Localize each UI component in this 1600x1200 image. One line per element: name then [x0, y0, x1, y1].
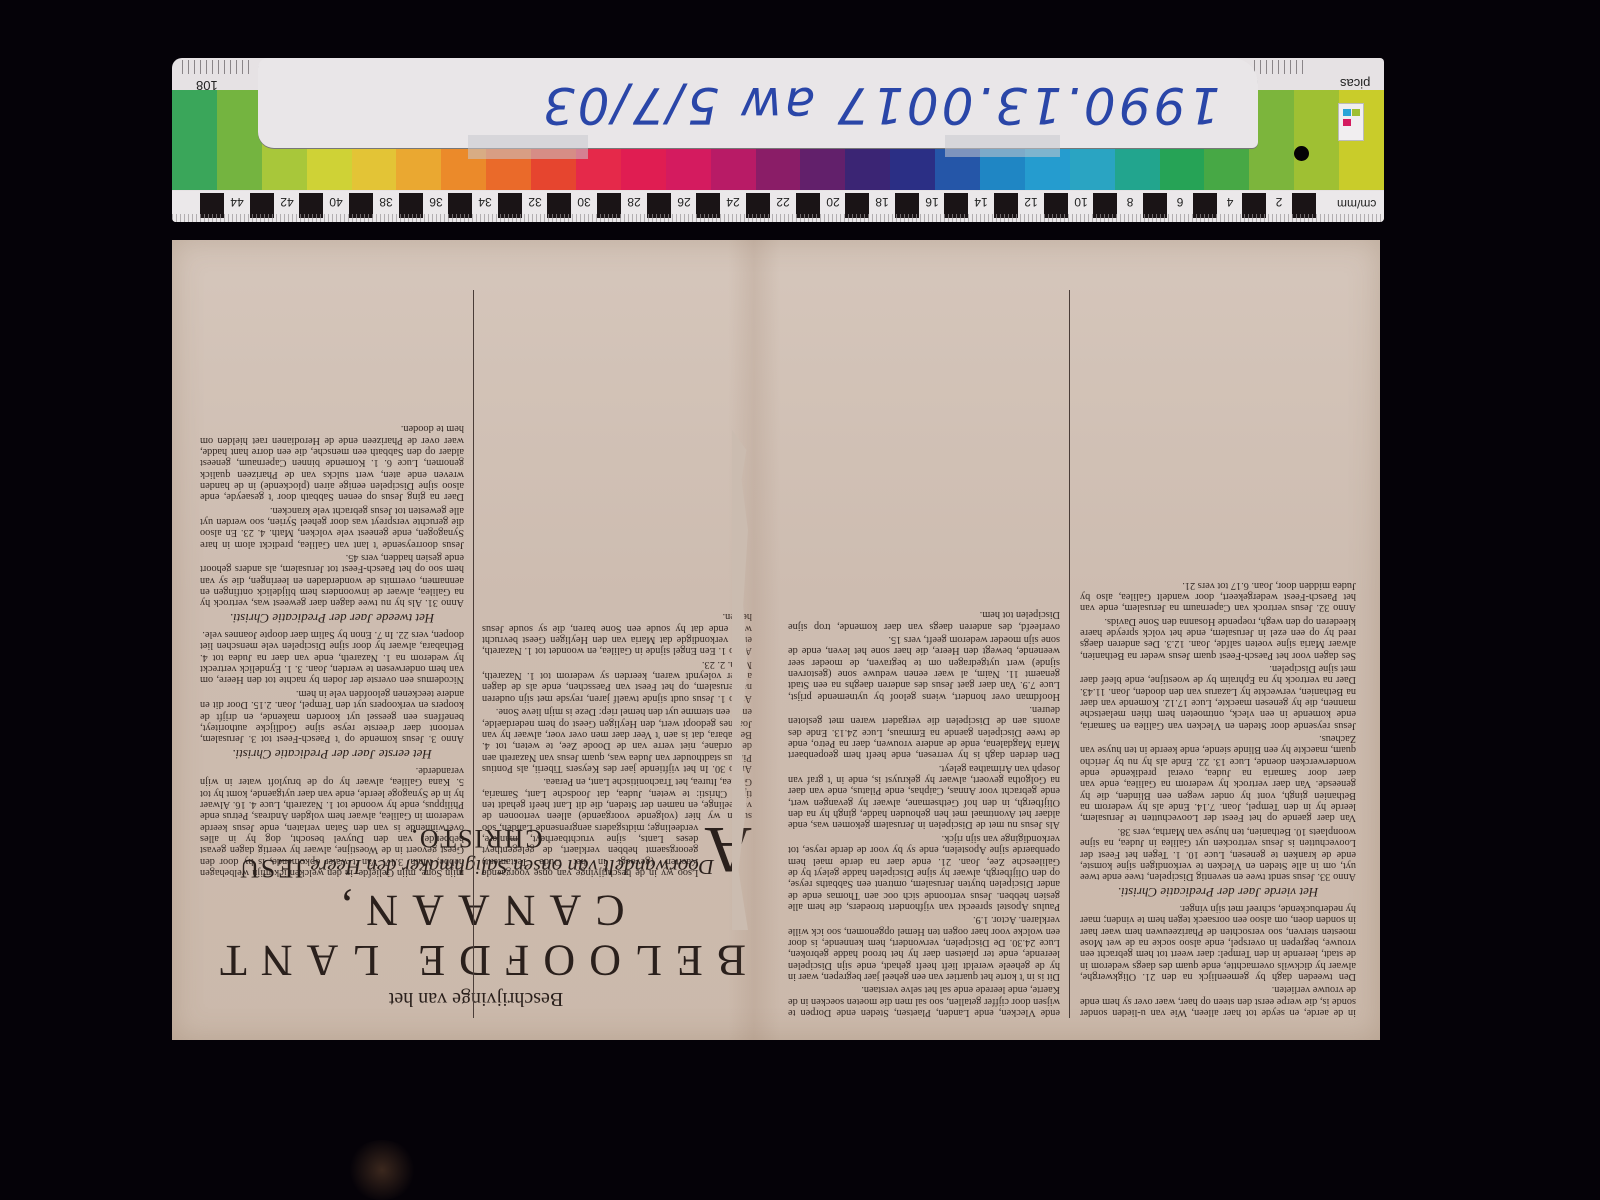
mm-ticks	[172, 214, 1384, 222]
paragraph: Hoofdman over hondert, wiens geloof by u…	[788, 634, 1060, 702]
color-target-logo-icon	[1338, 103, 1364, 141]
section-lead: Anno 31. Als hy nu twee dagen daer gewee…	[200, 552, 464, 609]
tick-marks	[182, 60, 252, 74]
paragraph: Anno 1. Een Engel sijnde in Galilea, en …	[482, 611, 752, 656]
color-patch	[217, 90, 262, 190]
cm-mark-label: 2	[1270, 195, 1288, 209]
paragraph: Den derden dagh is hy verresen, ende hee…	[788, 704, 1060, 761]
title-main: BELOOFDE LANT CANAAN,	[200, 885, 752, 985]
paragraph: Den tweeden dagh by gemeenlijck na den 2…	[1080, 903, 1356, 982]
paragraph: Jesus reysende door Steden en Vlecken va…	[1080, 663, 1356, 731]
paragraph: Anno 32. Jesus vertrock van Capernaum na…	[1080, 579, 1356, 613]
page-left: in de aerde, en seyde tot haer alleen, W…	[780, 266, 1356, 1018]
cm-mark-label: 12	[1022, 195, 1040, 209]
color-patch	[172, 90, 217, 190]
cm-mark-label: 28	[625, 195, 643, 209]
accession-number: 1990.13.0017 aw 5/7/03	[530, 70, 1230, 140]
tick-marks	[1254, 60, 1304, 74]
paragraph: Paulus Apostel spreeckt van vijfhondert …	[788, 833, 1060, 912]
cm-mark-label: 26	[675, 195, 693, 209]
paragraph: in de aerde, en seyde tot haer alleen, W…	[1080, 984, 1356, 1018]
section-heading-eerste-jaer: Het eerste Jaer der Predicatie Christi.	[200, 748, 464, 759]
cm-mark-label: 34	[476, 195, 494, 209]
text-column-1: in de aerde, en seyde tot haer alleen, W…	[1080, 266, 1356, 1018]
text-column-2: ende Vlecken, ende Landen, Plaetsen, Ste…	[788, 266, 1060, 1018]
logo-square	[1343, 109, 1351, 116]
cm-mark-label: 18	[873, 195, 891, 209]
ruler-hole	[1294, 146, 1309, 161]
section-lead: Anno 3. Jesus komende op 't Paesch-Feest…	[200, 688, 464, 745]
paragraph: ende Vlecken, ende Landen, Plaetsen, Ste…	[788, 984, 1060, 1018]
paragraph: Van daer gaende op het Feest der Loovech…	[1080, 733, 1356, 824]
cm-scale: 4442403836343230282624222018161412108642…	[172, 191, 1384, 222]
ruler-label-picas: picas	[1340, 76, 1370, 91]
section-heading-tweede-jaer: Het tweede Jaer der Predicatie Christi.	[200, 612, 464, 623]
paragraph: Jesus doorreysende 't lant van Galilea, …	[200, 504, 464, 549]
paragraph: Anno 30. In het vijftiende jaer des Keys…	[482, 706, 752, 774]
cm-mark-label: 24	[724, 195, 742, 209]
ruler-units-label: cm/mm	[1337, 197, 1376, 211]
paragraph: Nicodemus een overste der Joden by nacht…	[200, 629, 464, 686]
text-column-3: A Lsoo wy in de beschrijvinge van onse v…	[482, 266, 752, 878]
cm-mark-label: 40	[327, 195, 345, 209]
paragraph: Daer na ging Jesus op eenen Sabbath door…	[200, 423, 464, 502]
title-line-1: Beschrijvinge van het	[200, 987, 752, 1010]
logo-square	[1352, 109, 1360, 116]
column-rule	[1069, 290, 1070, 1018]
section-lead: Anno 33. Jesus sendt twee en seventig Di…	[1080, 826, 1356, 883]
cm-mark-label: 42	[278, 195, 296, 209]
text-column-4: mijn Sone, mijn Geliefde, in den welcken…	[200, 266, 464, 878]
color-patch	[1294, 90, 1339, 190]
cm-mark-label: 16	[923, 195, 941, 209]
cm-mark-label: 44	[228, 195, 246, 209]
section-heading-vierde-jaer: Het vierde Jaer der Predicatie Christi.	[1080, 886, 1356, 897]
cm-mark-label: 22	[774, 195, 792, 209]
cm-mark-label: 14	[972, 195, 990, 209]
cm-mark-label: 30	[575, 195, 593, 209]
cm-mark-label: 10	[1072, 195, 1090, 209]
logo-square	[1343, 119, 1351, 126]
cm-mark-label: 36	[427, 195, 445, 209]
paragraph: Dit is in 't korte het quartier van een …	[788, 914, 1060, 982]
paragraph: overleefd, des anderen daegs van daer ko…	[788, 609, 1060, 632]
cm-mark-label: 8	[1121, 195, 1139, 209]
paragraph: Ses dagen voor het Paesch-Feest quam Jes…	[1080, 615, 1356, 660]
stain	[347, 1140, 417, 1200]
cm-mark-label: 32	[526, 195, 544, 209]
paragraph: Anno 1. Jesus oudt sijnde twaelf jaren, …	[482, 658, 752, 703]
page-right: Beschrijvinge van het BELOOFDE LANT CANA…	[200, 266, 752, 1018]
cm-mark-label: 38	[377, 195, 395, 209]
cm-mark-label: 6	[1171, 195, 1189, 209]
paragraph: mijn Sone, mijn Geliefde, in den welcken…	[200, 765, 464, 878]
paragraph: Als Jesus nu met de Discipelen in Jerusa…	[788, 762, 1060, 830]
cm-mark-label: 20	[824, 195, 842, 209]
column-rule	[473, 290, 474, 1018]
cm-mark-label: 4	[1221, 195, 1239, 209]
historic-document-sheet: in de aerde, en seyde tot haer alleen, W…	[172, 240, 1380, 1040]
